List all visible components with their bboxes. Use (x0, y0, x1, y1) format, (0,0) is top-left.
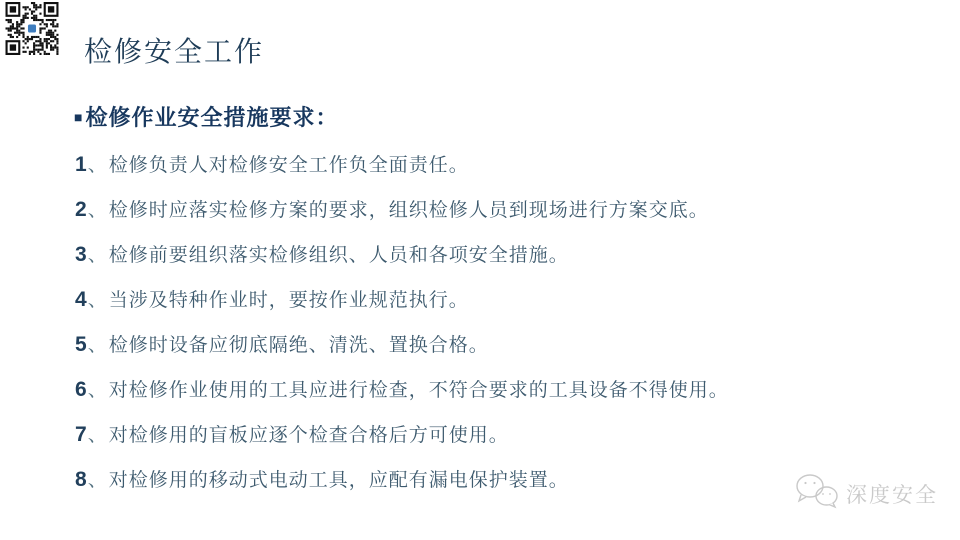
item-separator: 、 (88, 290, 107, 311)
item-number: 8 (75, 468, 87, 491)
item-number: 4 (75, 288, 87, 311)
square-bullet-icon: ■ (74, 109, 83, 125)
qr-code (3, 2, 61, 55)
item-number: 1 (75, 153, 87, 176)
list-item: 7、对检修用的盲板应逐个检查合格后方可使用。 (75, 412, 729, 457)
item-number: 3 (75, 243, 87, 266)
list-item: 8、对检修用的移动式电动工具，应配有漏电保护装置。 (75, 457, 729, 502)
item-separator: 、 (88, 380, 107, 401)
list-item: 2、检修时应落实检修方案的要求，组织检修人员到现场进行方案交底。 (75, 187, 729, 232)
list-item: 1、检修负责人对检修安全工作负全面责任。 (75, 142, 729, 187)
item-number: 6 (75, 378, 87, 401)
page-title: 检修安全工作 (84, 30, 264, 70)
item-separator: 、 (88, 155, 107, 176)
safety-items-list: 1、检修负责人对检修安全工作负全面责任。2、检修时应落实检修方案的要求，组织检修… (75, 142, 729, 502)
watermark-text: 深度安全 (846, 479, 938, 509)
wechat-icon (795, 473, 839, 514)
item-number: 5 (75, 333, 87, 356)
list-item: 5、检修时设备应彻底隔绝、清洗、置换合格。 (75, 322, 729, 367)
item-text: 对检修用的移动式电动工具，应配有漏电保护装置。 (109, 470, 569, 491)
item-separator: 、 (88, 200, 107, 221)
item-text: 对检修用的盲板应逐个检查合格后方可使用。 (109, 425, 509, 446)
item-separator: 、 (88, 335, 107, 356)
item-text: 检修前要组织落实检修组织、人员和各项安全措施。 (109, 245, 569, 266)
slide: 检修安全工作 ■检修作业安全措施要求： 1、检修负责人对检修安全工作负全面责任。… (0, 0, 960, 540)
item-text: 检修时设备应彻底隔绝、清洗、置换合格。 (109, 335, 489, 356)
watermark: 深度安全 (795, 473, 938, 514)
list-item: 6、对检修作业使用的工具应进行检查，不符合要求的工具设备不得使用。 (75, 367, 729, 412)
item-text: 检修时应落实检修方案的要求，组织检修人员到现场进行方案交底。 (109, 200, 709, 221)
item-number: 2 (75, 198, 87, 221)
item-separator: 、 (88, 245, 107, 266)
list-item: 3、检修前要组织落实检修组织、人员和各项安全措施。 (75, 232, 729, 277)
item-text: 检修负责人对检修安全工作负全面责任。 (109, 155, 469, 176)
item-text: 当涉及特种作业时，要按作业规范执行。 (109, 290, 469, 311)
section-heading-label: 检修作业安全措施要求： (85, 105, 338, 130)
list-item: 4、当涉及特种作业时，要按作业规范执行。 (75, 277, 729, 322)
item-separator: 、 (88, 470, 107, 491)
item-number: 7 (75, 423, 87, 446)
item-text: 对检修作业使用的工具应进行检查，不符合要求的工具设备不得使用。 (109, 380, 729, 401)
section-heading: ■检修作业安全措施要求： (74, 101, 338, 132)
item-separator: 、 (88, 425, 107, 446)
